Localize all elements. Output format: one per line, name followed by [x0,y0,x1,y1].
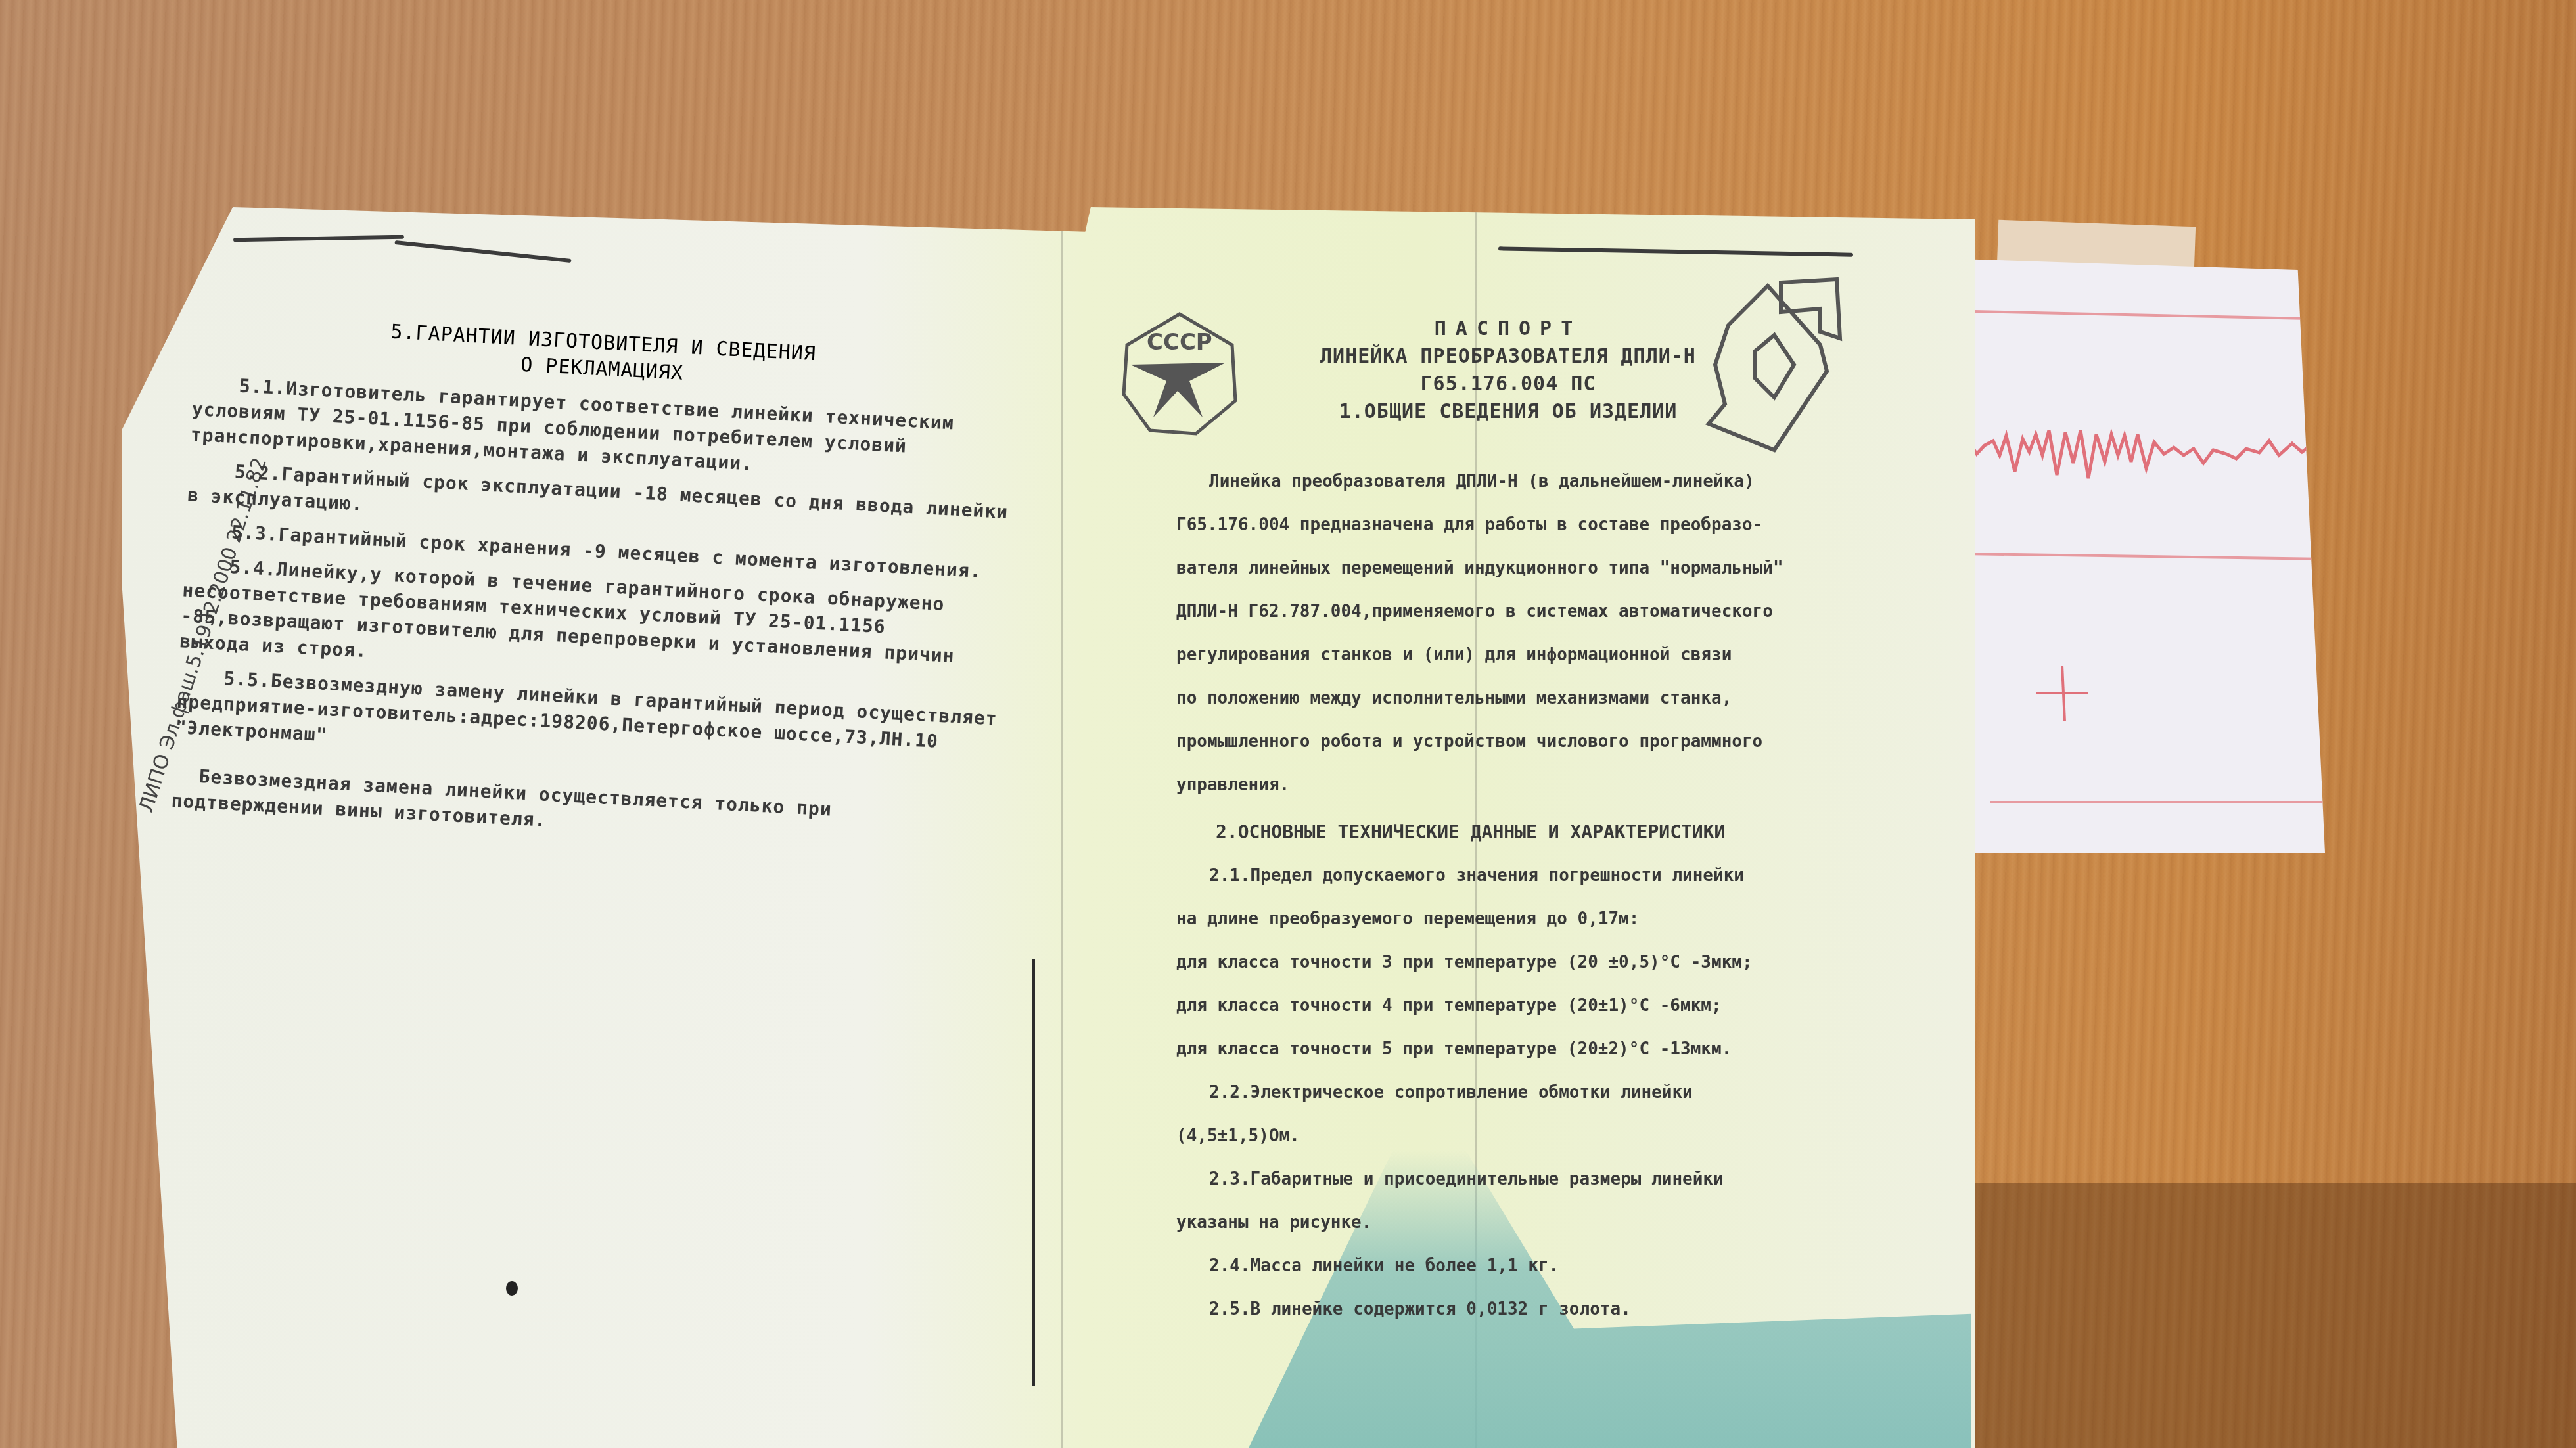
spec-line: 2.3.Габаритные и присоединительные разме… [1176,1158,1919,1201]
ink-dot [506,1281,518,1296]
spec-line: для класса точности 4 при температуре (2… [1176,984,1919,1028]
spec-line: 2.4.Масса линейки не более 1,1 кг. [1176,1244,1919,1288]
spec-line: для класса точности 5 при температуре (2… [1176,1028,1919,1071]
table-shadow [1971,1183,2576,1448]
section-1-line: вателя линейных перемещений индукционног… [1176,547,1919,590]
chart-recorder-strip [1937,258,2325,853]
section-1-line: Линейка преобразователя ДПЛИ-Н (в дальне… [1176,460,1919,503]
section-1-line: управления. [1176,763,1919,807]
section-1-line: Г65.176.004 предназначена для работы в с… [1176,503,1919,547]
section-1-line: регулирования станков и (или) для информ… [1176,633,1919,677]
fold-crease [1061,207,1063,1448]
gost-logo-text: СССР [1147,329,1212,355]
section-1-line: ДПЛИ-Н Г62.787.004,применяемого в систем… [1176,590,1919,633]
spec-line: 2.5.В линейке содержится 0,0132 г золота… [1176,1288,1919,1331]
section-1-line: по положению между исполнительными механ… [1176,677,1919,720]
passport-body: Линейка преобразователя ДПЛИ-Н (в дальне… [1176,460,1919,1331]
document-code: Г65.176.004 ПС [1295,371,1722,398]
gost-quality-mark-icon: СССР [1117,309,1242,440]
spec-line: 2.2.Электрическое сопротивление обмотки … [1176,1071,1919,1114]
spec-line: на длине преобразуемого перемещения до 0… [1176,897,1919,941]
recorder-trace [1937,258,2325,853]
section-1-line: промышленного робота и устройством число… [1176,720,1919,763]
spec-line: 2.1.Предел допускаемого значения погрешн… [1176,854,1919,897]
spec-line: указаны на рисунке. [1176,1201,1919,1244]
center-vertical-line [1032,959,1035,1386]
passport-title-block: ПАСПОРТ ЛИНЕЙКА ПРЕОБРАЗОВАТЕЛЯ ДПЛИ-Н Г… [1295,315,1722,426]
product-subtitle: ЛИНЕЙКА ПРЕОБРАЗОВАТЕЛЯ ДПЛИ-Н [1295,343,1722,371]
section-1-title: 1.ОБЩИЕ СВЕДЕНИЯ ОБ ИЗДЕЛИИ [1295,398,1722,426]
passport-title: ПАСПОРТ [1295,315,1722,343]
spec-line: (4,5±1,5)Ом. [1176,1114,1919,1158]
spec-line: для класса точности 3 при температуре (2… [1176,941,1919,984]
left-page-warranty: 5.ГАРАНТИИ ИЗГОТОВИТЕЛЯ И СВЕДЕНИЯ О РЕК… [171,309,1018,856]
section-2-title: 2.ОСНОВНЫЕ ТЕХНИЧЕСКИЕ ДАННЫЕ И ХАРАКТЕР… [1176,811,1919,854]
